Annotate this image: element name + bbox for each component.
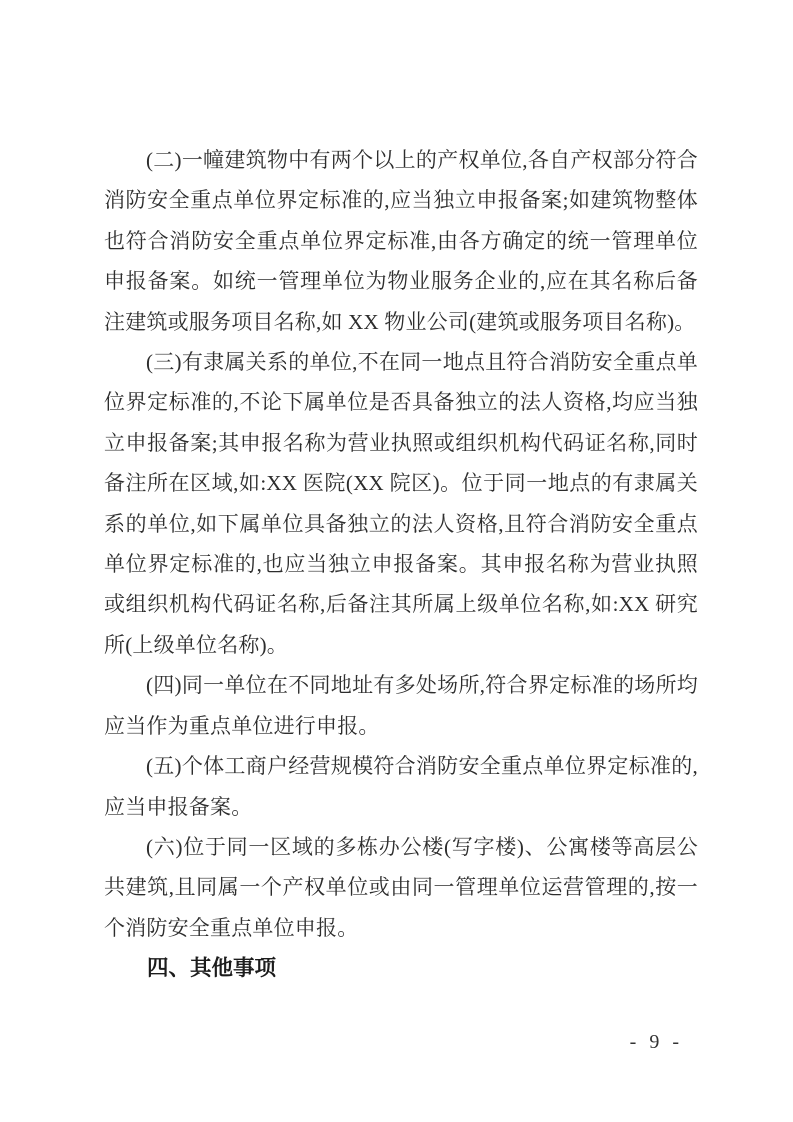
document-body: (二)一幢建筑物中有两个以上的产权单位,各自产权部分符合消防安全重点单位界定标准… xyxy=(104,140,698,989)
document-page: (二)一幢建筑物中有两个以上的产权单位,各自产权部分符合消防安全重点单位界定标准… xyxy=(0,0,793,1122)
paragraph-item-2: (二)一幢建筑物中有两个以上的产权单位,各自产权部分符合消防安全重点单位界定标准… xyxy=(104,140,698,342)
paragraph-item-6: (六)位于同一区域的多栋办公楼(写字楼)、公寓楼等高层公共建筑,且同属一个产权单… xyxy=(104,827,698,948)
section-heading: 四、其他事项 xyxy=(104,948,698,988)
paragraph-item-3: (三)有隶属关系的单位,不在同一地点且符合消防安全重点单位界定标准的,不论下属单… xyxy=(104,342,698,665)
page-number: - 9 - xyxy=(630,1031,683,1054)
paragraph-item-5: (五)个体工商户经营规模符合消防安全重点单位界定标准的,应当申报备案。 xyxy=(104,746,698,827)
paragraph-item-4: (四)同一单位在不同地址有多处场所,符合界定标准的场所均应当作为重点单位进行申报… xyxy=(104,665,698,746)
